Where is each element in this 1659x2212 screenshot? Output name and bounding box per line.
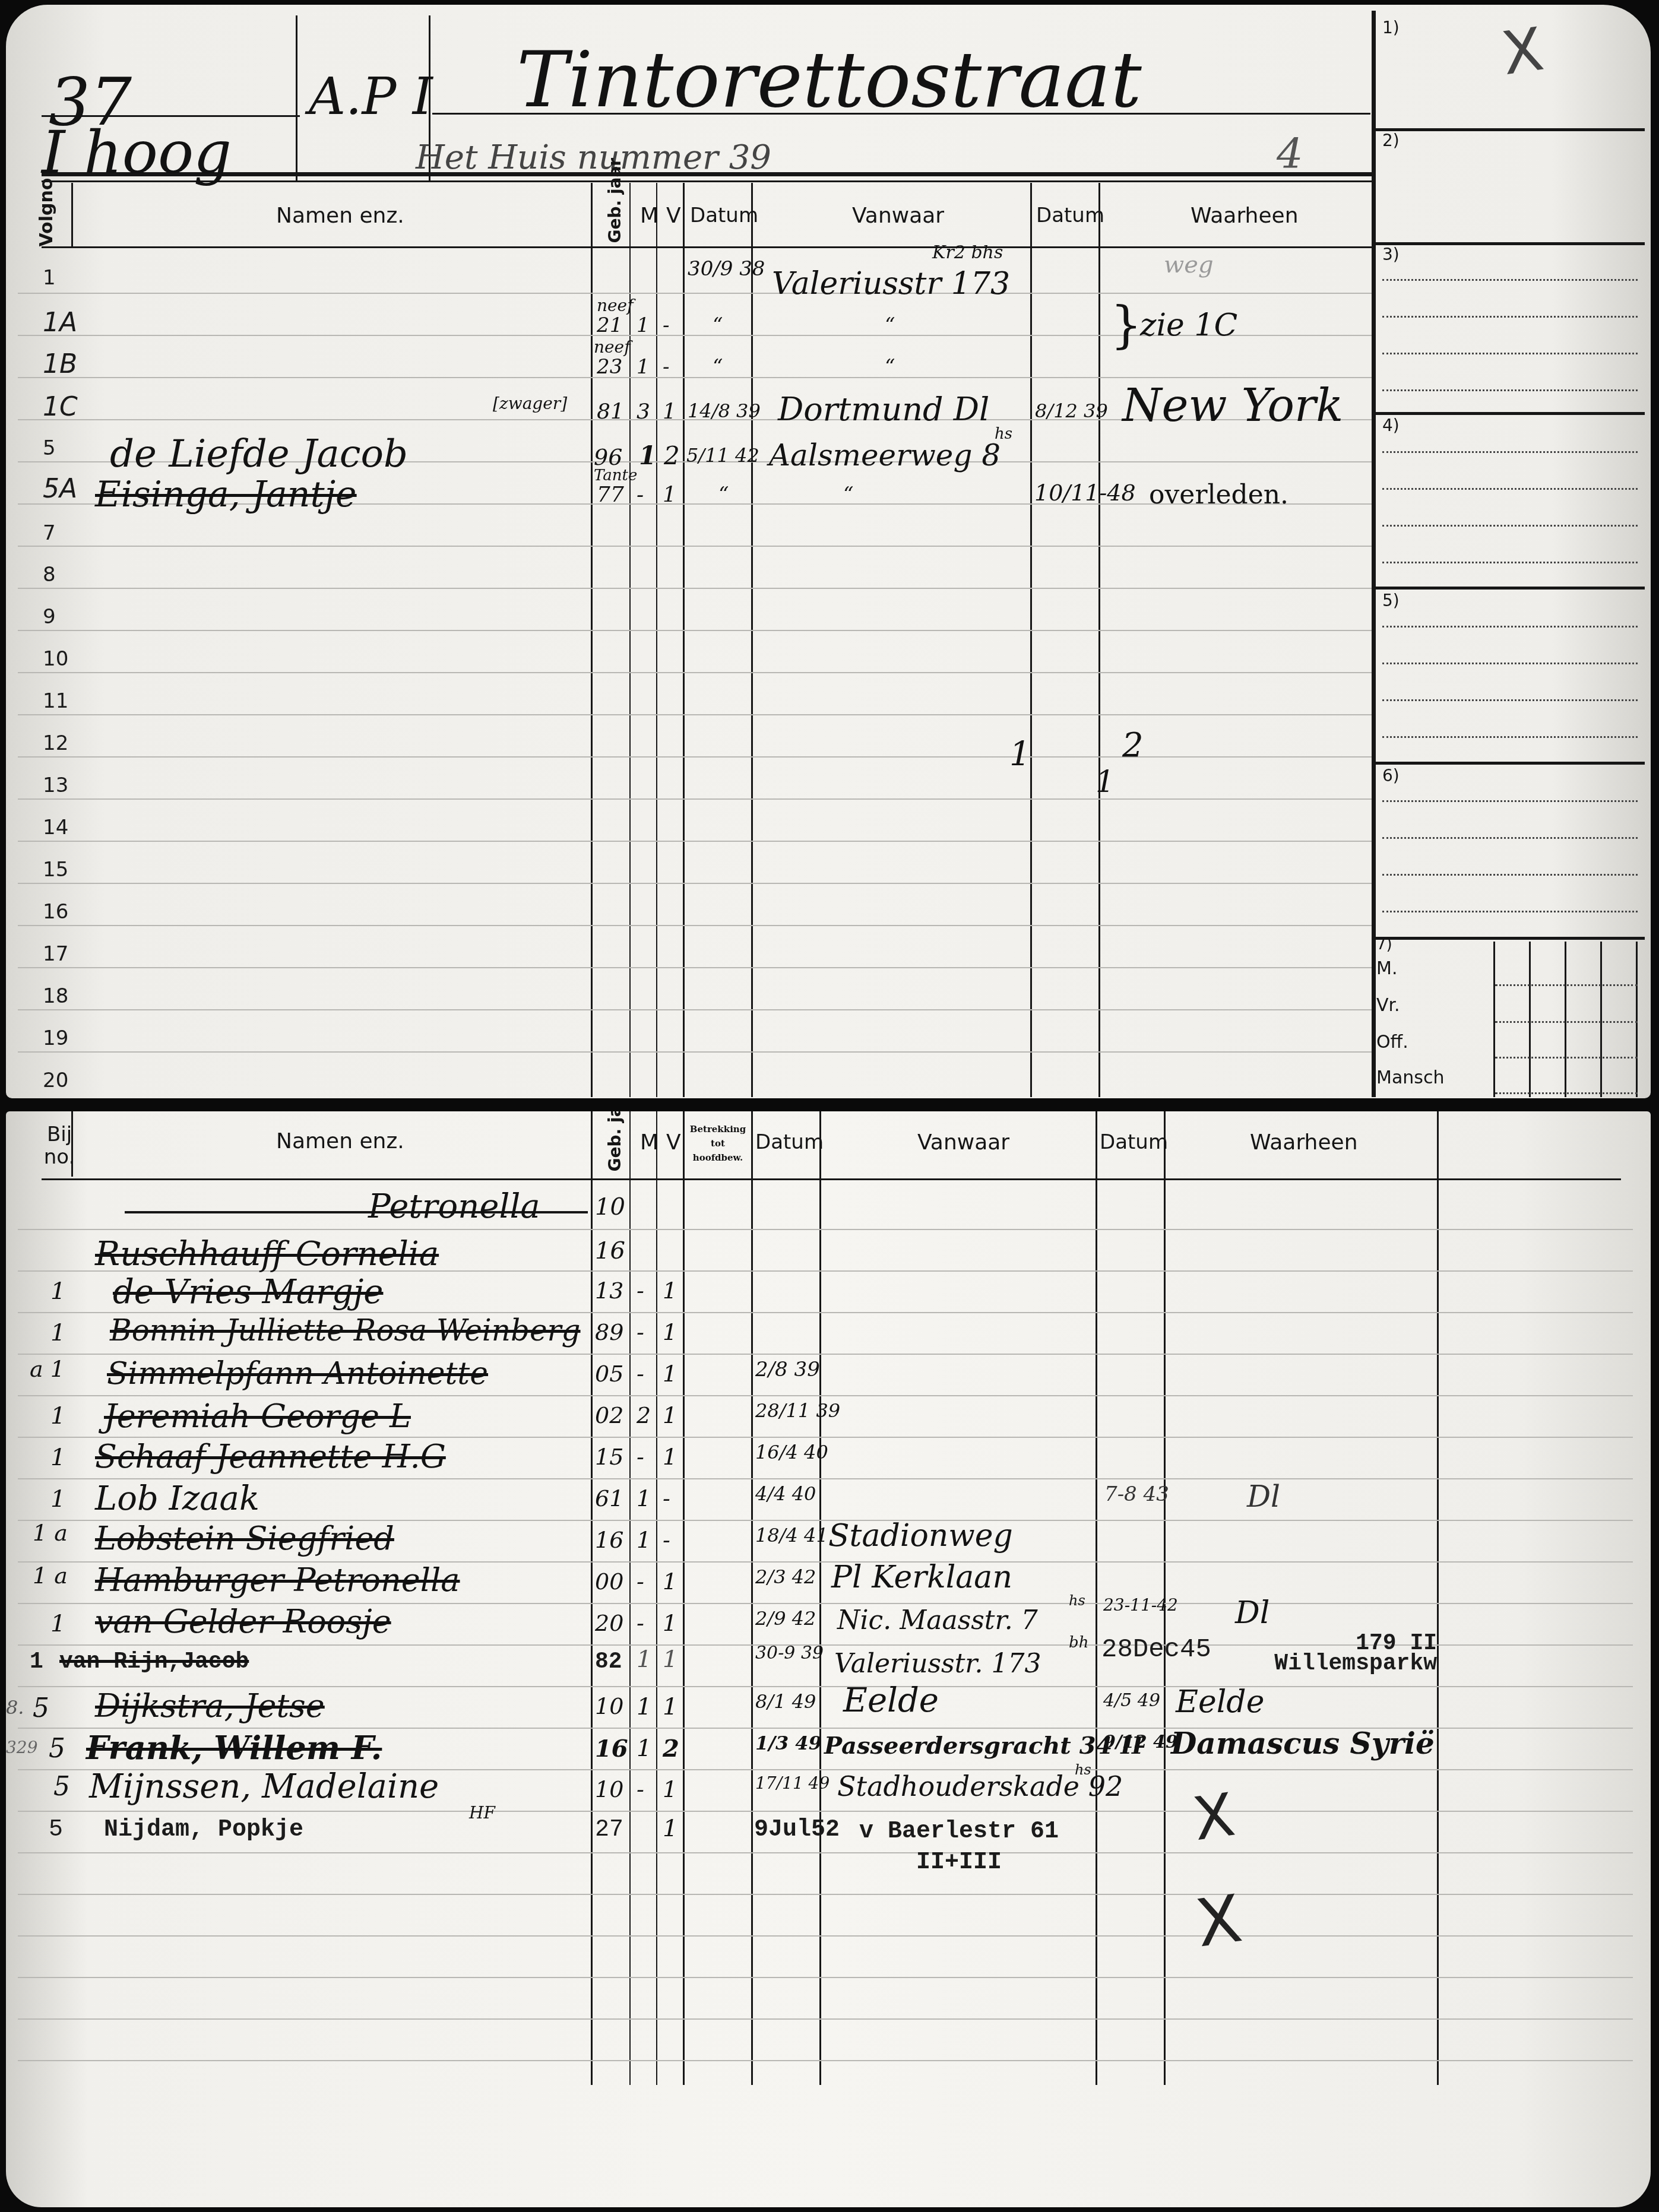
column-header-to: Waarheen	[1191, 204, 1299, 228]
row-number: 1A	[43, 308, 78, 338]
cell-v: 1	[663, 1444, 677, 1470]
side-section-divider	[1375, 762, 1645, 765]
column-header-birth-year: Geb. jaar	[605, 184, 625, 243]
cell-date-in: 9Jul52	[754, 1817, 840, 1843]
cell-name: Frank, Willem F.	[86, 1729, 382, 1767]
cell-birth-year: 05	[595, 1361, 623, 1387]
row-rule	[18, 798, 1372, 800]
cell-m: -	[637, 483, 644, 507]
corner-mark: 4	[1277, 129, 1303, 178]
cell-from-note: Kr2 bhs	[932, 242, 1003, 263]
side-panel-divider	[1372, 11, 1376, 1097]
dotted-line	[1495, 1021, 1638, 1023]
header-divider	[42, 180, 1372, 182]
cell-birth-year: 23	[597, 355, 622, 379]
column-header-to: Waarheen	[1250, 1130, 1358, 1155]
cell-birth-year: 82	[595, 1649, 622, 1675]
cell-to: zie 1C	[1140, 308, 1237, 343]
row-number: 8	[43, 563, 78, 587]
cell-from: Eelde	[843, 1681, 939, 1720]
dotted-line	[1495, 1057, 1638, 1059]
x-mark-icon: X	[1189, 1780, 1239, 1854]
cell-name: Lobstein Siegfried	[95, 1520, 394, 1557]
cell-name: van Gelder Roosje	[95, 1603, 391, 1640]
row-number: 14	[43, 816, 78, 839]
cell-from: “	[885, 355, 895, 379]
cell-m: -	[637, 1444, 644, 1470]
cell-from-note: hs	[1069, 1592, 1085, 1609]
cell-m: 1	[637, 1527, 651, 1553]
district-code: A.P I	[309, 67, 433, 126]
side-section-7-label: 7)	[1376, 936, 1392, 953]
street-name: Tintorettostraat	[517, 34, 1142, 125]
cell-date-in: 18/4 41	[755, 1524, 828, 1547]
cell-name-note: HF	[469, 1803, 495, 1823]
cell-name: Ruschhauff Cornelia	[95, 1235, 439, 1273]
row-number: 9	[43, 605, 78, 629]
stat-label-crew: Mansch	[1376, 1067, 1444, 1088]
side-section-divider	[1375, 412, 1645, 415]
cell-birth-year: 81	[597, 400, 624, 424]
cell-from: “	[843, 483, 853, 506]
row-number: 20	[43, 1069, 78, 1092]
row-rule	[18, 1977, 1633, 1978]
cell-m: 2	[637, 1402, 651, 1428]
cell-v: -	[663, 1485, 670, 1511]
column-divider	[1098, 183, 1100, 1097]
cell-v: 1	[663, 1568, 677, 1595]
cell-v: -	[663, 355, 670, 379]
cell-bij-no: 1 a	[33, 1520, 68, 1546]
row-number: 11	[43, 689, 78, 713]
cell-date-out: 9/12 49	[1103, 1732, 1178, 1753]
cell-relation: neef	[597, 296, 634, 315]
cell-v: 1	[663, 1693, 677, 1720]
row-rule	[18, 2018, 1633, 2020]
stat-label-women: Vr.	[1376, 995, 1400, 1016]
cell-m: -	[637, 1568, 644, 1595]
cell-v: -	[663, 313, 670, 337]
column-header-date-in: Datum	[755, 1130, 824, 1154]
side-section-2-label: 2)	[1382, 131, 1400, 150]
row-rule	[18, 1354, 1633, 1355]
cell-to: Eelde	[1176, 1684, 1264, 1720]
cell-from: Nic. Maasstr. 7	[837, 1605, 1038, 1636]
cell-bij-no: 1	[50, 1610, 65, 1637]
dotted-line	[1382, 279, 1638, 281]
row-rule	[18, 1051, 1372, 1053]
cell-name: Petronella	[368, 1187, 540, 1226]
cell-birth-year: 10	[595, 1693, 623, 1719]
cell-v: 1	[663, 1402, 677, 1428]
column-divider	[751, 183, 753, 1097]
cell-from-note: bh	[1069, 1634, 1088, 1652]
cell-from: Dortmund Dl	[778, 391, 989, 428]
cell-from: Valeriusstr. 173	[834, 1649, 1041, 1679]
margin-mark: 1	[1096, 765, 1115, 799]
cell-v: 1	[663, 483, 676, 507]
cell-to: Dl	[1235, 1595, 1269, 1631]
cell-relation: Tante	[594, 467, 637, 484]
cell-name: Jeremiah George L	[104, 1397, 411, 1435]
cell-m: 1	[637, 1485, 651, 1511]
cell-name: de Vries Margje	[113, 1273, 383, 1311]
cell-m: -	[637, 1361, 644, 1387]
column-divider	[683, 183, 685, 1097]
cell-birth-year: 21	[597, 313, 622, 337]
column-divider	[656, 1111, 657, 2085]
dotted-line	[1382, 663, 1638, 664]
cell-bij-no: 5	[53, 1771, 70, 1802]
column-header-date-out: Datum	[1036, 204, 1104, 227]
cell-from: v Baerlestr 61 II+III	[834, 1817, 1084, 1878]
cell-bij-no: 1	[50, 1402, 65, 1430]
column-header-v: V	[666, 1130, 681, 1155]
row-number: 19	[43, 1026, 78, 1050]
cell-date-in: 28/11 39	[755, 1399, 840, 1422]
side-section-4-label: 4)	[1382, 416, 1400, 435]
cell-birth-year: 02	[595, 1402, 623, 1428]
margin-mark: 2	[1122, 726, 1144, 765]
cell-birth-year: 27	[595, 1817, 623, 1843]
x-mark-icon: X	[1497, 14, 1547, 88]
cell-v: 1	[663, 1776, 677, 1802]
cell-from-note: hs	[1075, 1761, 1091, 1778]
side-section-divider	[1375, 242, 1645, 245]
row-rule	[18, 672, 1372, 673]
cell-m: 3	[637, 400, 650, 424]
cell-from: Passeerdersgracht 34 II	[824, 1732, 1143, 1760]
cell-bij-no: 1	[50, 1278, 65, 1305]
cell-to: weg	[1164, 251, 1214, 278]
column-divider	[819, 1111, 821, 2085]
cell-v: -	[663, 1527, 670, 1553]
margin-mark: 1	[1009, 735, 1031, 774]
header-divider	[296, 15, 297, 182]
row-rule	[18, 1852, 1633, 1853]
cell-to: New York	[1122, 379, 1343, 432]
cell-v: 1	[663, 400, 676, 424]
dotted-line	[1382, 874, 1638, 876]
cell-m: 1	[637, 1646, 651, 1673]
cell-date-in: “	[718, 483, 729, 506]
cell-date-in: 2/3 42	[755, 1565, 816, 1588]
cell-v: 1	[663, 1815, 677, 1842]
side-section-6-label: 6)	[1382, 766, 1400, 785]
cell-name: Nijdam, Popkje	[104, 1817, 303, 1843]
stat-label-men: M.	[1376, 958, 1397, 979]
stat-label-officers: Off.	[1376, 1032, 1408, 1053]
cell-date-in: “	[713, 355, 723, 379]
row-rule	[18, 1894, 1633, 1895]
dotted-line	[1382, 488, 1638, 490]
stat-grid-line	[1529, 942, 1531, 1097]
column-header-birth-year: Geb. jaar	[605, 1113, 625, 1172]
dotted-line	[1382, 389, 1638, 391]
cell-date-in: 17/11 49	[755, 1773, 829, 1793]
column-divider	[751, 1111, 753, 2085]
cell-v: 1	[663, 1319, 677, 1345]
cell-from: “	[885, 313, 895, 337]
row-rule	[18, 1811, 1633, 1812]
column-divider	[683, 1111, 685, 2085]
cell-date-in: 1/3 49	[755, 1732, 822, 1754]
cell-date-in: 8/1 49	[755, 1690, 816, 1713]
row-number: 1B	[43, 349, 78, 379]
cell-bij-no: 1	[30, 1649, 43, 1675]
cell-date-in: 16/4 40	[755, 1441, 828, 1463]
cell-date-in: 2/8 39	[755, 1358, 820, 1381]
row-number: 10	[43, 647, 78, 671]
column-divider	[629, 183, 631, 1097]
cell-date-out: 8/12 39	[1035, 400, 1108, 422]
house-subline: Het Huis nummer 39	[416, 138, 771, 177]
cell-date-out: 23-11-42	[1103, 1595, 1178, 1615]
cell-date-out: 4/5 49	[1103, 1690, 1160, 1711]
row-rule	[18, 883, 1372, 884]
cell-date-in: 2/9 42	[755, 1607, 816, 1630]
column-divider	[1030, 183, 1032, 1097]
dotted-line	[1382, 911, 1638, 912]
cell-m: -	[637, 1278, 644, 1304]
dotted-line	[1382, 525, 1638, 527]
cell-name: Dijkstra, Jetse	[95, 1687, 325, 1725]
row-number: 17	[43, 942, 78, 966]
cell-v: 1	[663, 1361, 677, 1387]
column-header-relation: Betrekking tot hoofdbew.	[685, 1122, 751, 1165]
cell-from: Stadionweg	[828, 1518, 1013, 1554]
cell-bij-no: 5	[49, 1817, 63, 1843]
cell-bij-no: 1	[50, 1485, 65, 1513]
cell-birth-year: 16	[595, 1527, 623, 1553]
cell-to: Damascus Syrië	[1171, 1726, 1435, 1761]
registration-card-back: Bij no. Namen enz. Geb. jaar M V Betrekk…	[6, 1111, 1651, 2207]
x-mark-icon: X	[1191, 1880, 1246, 1961]
cell-birth-year: 77	[597, 483, 624, 507]
cell-name: Hamburger Petronella	[95, 1561, 460, 1599]
side-section-divider	[1375, 587, 1645, 590]
cell-name: van Rijn,Jacob	[59, 1649, 249, 1675]
stat-grid-line	[1493, 942, 1495, 1097]
cell-birth-year: 00	[595, 1568, 623, 1595]
row-rule	[18, 756, 1372, 758]
cell-birth-year: 15	[595, 1444, 623, 1470]
cell-from: Aalsmeerweg 8	[769, 438, 1001, 473]
row-number: 12	[43, 731, 78, 755]
row-rule	[18, 588, 1372, 589]
stat-grid-line	[1636, 942, 1638, 1097]
stat-grid-line	[1600, 942, 1602, 1097]
row-number: 7	[43, 521, 78, 545]
row-rule	[18, 2060, 1633, 2061]
dotted-line	[1495, 1092, 1638, 1094]
cell-v: 2	[664, 441, 680, 470]
column-divider	[591, 1111, 593, 2085]
column-divider	[656, 183, 657, 1097]
row-rule	[18, 377, 1372, 378]
cell-birth-year: 16	[595, 1237, 625, 1265]
cell-side-note: 8.	[6, 1696, 24, 1719]
row-number: 15	[43, 858, 78, 882]
row-rule	[18, 1935, 1633, 1937]
cell-m: -	[637, 1776, 644, 1802]
side-section-3-label: 3)	[1382, 245, 1400, 264]
row-rule	[18, 841, 1372, 842]
dotted-line	[1382, 699, 1638, 701]
column-header-volgno: Volgno.	[36, 176, 57, 247]
cell-name: de Liefde Jacob	[110, 432, 408, 476]
column-header-from: Vanwaar	[852, 204, 944, 228]
dotted-line	[1382, 736, 1638, 738]
dotted-line	[1382, 316, 1638, 318]
cell-birth-year: 89	[595, 1319, 623, 1345]
cell-date-in: 4/4 40	[755, 1482, 816, 1505]
column-divider	[71, 1111, 73, 1177]
row-rule	[18, 714, 1372, 715]
row-rule	[18, 967, 1372, 968]
cell-name: Schaaf Jeannette H.G	[95, 1438, 446, 1475]
cell-date-in: 5/11 42	[686, 444, 759, 467]
side-section-1-label: 1)	[1382, 18, 1400, 37]
cell-date-in: 30/9 38	[688, 257, 765, 281]
side-section-5-label: 5)	[1382, 591, 1400, 610]
cell-m: 1	[637, 355, 650, 379]
dotted-line	[1382, 451, 1638, 453]
column-divider	[591, 183, 593, 1097]
row-number: 5	[43, 436, 78, 460]
cell-v: 1	[663, 1278, 677, 1304]
row-number: 1C	[43, 392, 78, 422]
cell-date-out: 7-8 43	[1104, 1482, 1169, 1506]
cell-v: 2	[663, 1735, 679, 1763]
column-header-date-in: Datum	[690, 204, 758, 227]
brace-icon: }	[1110, 296, 1142, 354]
cell-bij-no: a 1	[30, 1356, 65, 1382]
cell-birth-year: 20	[595, 1610, 623, 1636]
cell-v: 1	[663, 1610, 677, 1636]
cell-date-in: 30-9 39	[755, 1643, 824, 1663]
cell-birth-year: 13	[595, 1278, 623, 1304]
row-number: 16	[43, 900, 78, 924]
cell-date-in: “	[713, 313, 723, 337]
dotted-line	[1382, 837, 1638, 839]
side-section-divider	[1375, 937, 1645, 940]
row-number: 5A	[43, 474, 78, 504]
row-number: 13	[43, 774, 78, 797]
registration-card-front: 37 I hoog A.P I Tintorettostraat Het Hui…	[6, 5, 1651, 1098]
cell-m: 1	[639, 441, 656, 470]
cell-name: Bonnin Julliette Rosa Weinberg	[110, 1313, 581, 1348]
dotted-line	[1382, 353, 1638, 354]
cell-date-in: 14/8 39	[688, 400, 761, 422]
cell-birth-year: 61	[595, 1485, 623, 1511]
column-header-date-out: Datum	[1100, 1130, 1168, 1154]
cell-bij-no: 5	[33, 1693, 49, 1723]
row-rule	[18, 925, 1372, 926]
cell-to: overleden.	[1149, 480, 1288, 510]
column-header-names: Namen enz.	[276, 204, 404, 228]
stat-grid-line	[1565, 942, 1566, 1097]
cell-from-note: hs	[995, 425, 1012, 443]
cell-bij-no: 1	[50, 1444, 65, 1471]
row-number: 18	[43, 984, 78, 1008]
table-header-divider	[42, 1178, 1621, 1180]
cell-to: 179 II Willemsparkw	[1188, 1634, 1437, 1674]
column-header-from: Vanwaar	[917, 1130, 1009, 1155]
cell-m: 1	[637, 313, 650, 337]
cell-birth-year: 10	[595, 1776, 623, 1802]
column-divider	[629, 1111, 631, 2085]
cell-name: Mijnssen, Madelaine	[89, 1767, 439, 1806]
column-header-v: V	[666, 204, 681, 228]
cell-birth-year: 10	[595, 1193, 625, 1221]
cell-name: Eisinga, Jantje	[95, 474, 357, 515]
cell-bij-no: 5	[49, 1734, 65, 1764]
cell-name: Simmelpfann Antoinette	[107, 1356, 488, 1392]
column-divider	[71, 183, 73, 248]
cell-name: Lob Izaak	[95, 1479, 259, 1518]
cell-date-out: 10/11-48	[1034, 480, 1136, 506]
cell-bij-no: 1	[50, 1319, 65, 1346]
cell-bij-no: 1 a	[33, 1563, 68, 1589]
dotted-line	[1382, 800, 1638, 802]
cell-m: 1	[637, 1693, 651, 1720]
table-header-divider	[42, 246, 1372, 248]
cell-to: Dl	[1247, 1479, 1280, 1514]
cell-from: Pl Kerklaan	[831, 1560, 1012, 1595]
cell-birth-year: 16	[595, 1735, 628, 1763]
cell-relation: [zwager]	[493, 394, 567, 413]
cell-side-note: 329	[6, 1738, 37, 1757]
dotted-line	[1382, 562, 1638, 563]
column-divider	[1096, 1111, 1097, 2085]
cell-relation: neef	[594, 337, 631, 357]
side-section-divider	[1375, 128, 1645, 131]
cell-v: 1	[663, 1646, 677, 1673]
row-rule	[18, 630, 1372, 631]
cell-m: 1	[637, 1735, 651, 1762]
row-rule	[18, 1009, 1372, 1010]
row-rule	[18, 1395, 1633, 1396]
row-number: 1	[43, 266, 78, 290]
cell-m: -	[637, 1319, 644, 1345]
column-divider	[1437, 1111, 1439, 2085]
dotted-line	[1495, 984, 1638, 986]
row-rule	[18, 546, 1372, 547]
cell-from: Valeriusstr 173	[772, 266, 1010, 302]
row-rule	[18, 1229, 1633, 1230]
row-rule	[18, 293, 1372, 294]
floor-label: I hoog	[42, 118, 232, 187]
row-rule	[18, 1478, 1633, 1479]
dotted-line	[1382, 626, 1638, 628]
cell-m: -	[637, 1610, 644, 1636]
column-header-names: Namen enz.	[276, 1129, 404, 1153]
